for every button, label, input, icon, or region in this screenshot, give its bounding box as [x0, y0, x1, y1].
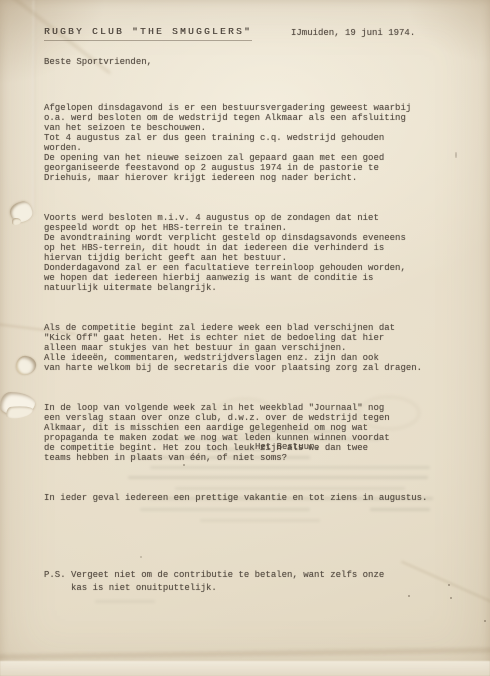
punch-hole-middle	[15, 355, 37, 377]
letter-document: RUGBY CLUB "THE SMUGGLERS" IJmuiden, 19 …	[0, 0, 490, 676]
speck	[450, 597, 452, 599]
paragraph-journaal: In de loop van volgende week zal in het …	[44, 403, 427, 463]
paragraph-vacation: In ieder geval iedereen een prettige vak…	[44, 493, 427, 503]
punch-hole-top-tear	[12, 218, 21, 225]
speck	[140, 556, 142, 558]
crease-bottom-right	[401, 561, 490, 614]
speck	[408, 595, 410, 597]
paragraph-season-closing: Afgelopen dinsdagavond is er een bestuur…	[44, 103, 427, 183]
postscript: P.S. Vergeet niet om de contributie te b…	[44, 569, 384, 595]
speck	[455, 152, 457, 158]
punch-hole-bottom-tear-flap	[5, 405, 33, 420]
speck	[484, 620, 486, 622]
paragraph-training: Voorts werd besloten m.i.v. 4 augustus o…	[44, 213, 427, 293]
bleedthrough-smudge	[95, 600, 155, 603]
paragraph-kick-off: Als de competitie begint zal iedere week…	[44, 323, 427, 373]
fold-line-bottom	[0, 648, 490, 658]
speck	[448, 584, 450, 586]
signature: Het Bestuur.	[255, 442, 320, 452]
corner-shadow-top-right	[370, 0, 490, 90]
dateline: IJmuiden, 19 juni 1974.	[291, 28, 415, 38]
club-name: RUGBY CLUB "THE SMUGGLERS"	[44, 26, 252, 41]
letter-body: Afgelopen dinsdagavond is er een bestuur…	[44, 83, 427, 533]
paper-edge-bottom	[0, 661, 490, 676]
salutation: Beste Sportvrienden,	[44, 57, 152, 67]
